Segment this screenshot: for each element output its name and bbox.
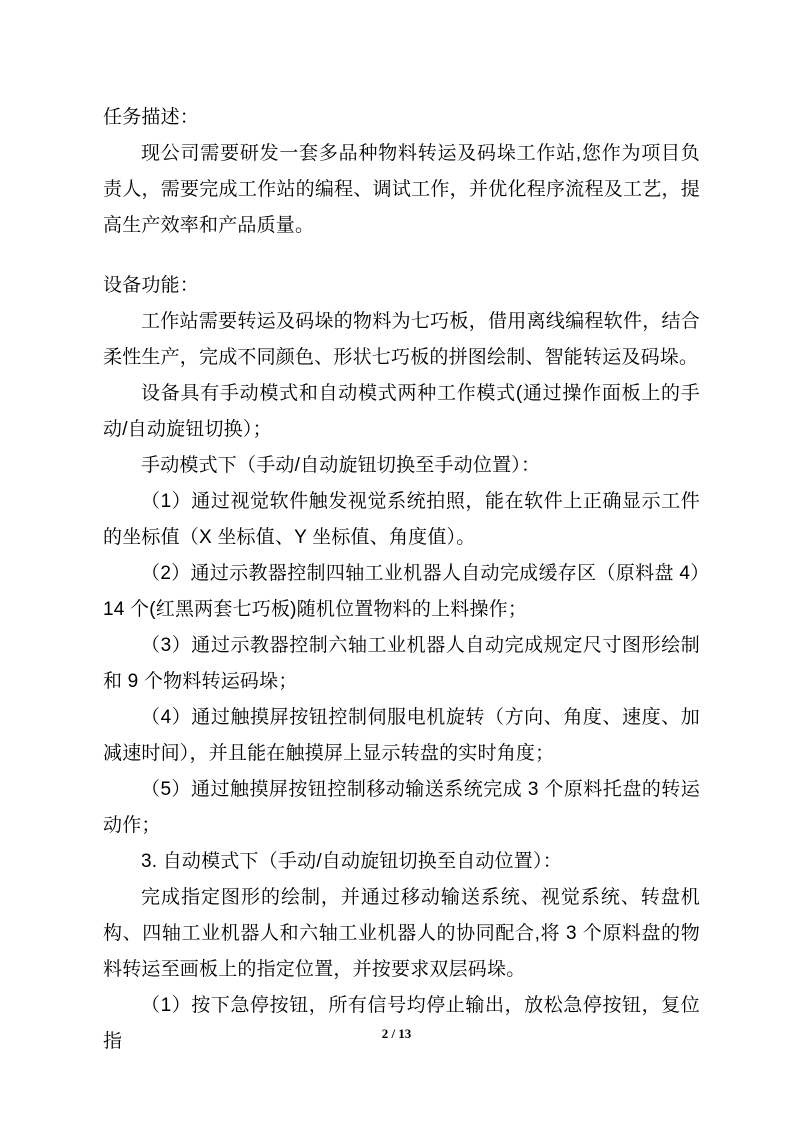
paragraph: 现公司需要研发一套多品种物料转运及码垛工作站,您作为项目负责人，需要完成工作站的… <box>103 136 700 244</box>
paragraph: （1）通过视觉软件触发视觉系统拍照，能在软件上正确显示工件的坐标值（X 坐标值、… <box>103 484 700 556</box>
paragraph: （3）通过示教器控制六轴工业机器人自动完成规定尺寸图形绘制和 9 个物料转运码垛… <box>103 628 700 700</box>
paragraph: 完成指定图形的绘制，并通过移动输送系统、视觉系统、转盘机构、四轴工业机器人和六轴… <box>103 880 700 988</box>
section-heading: 任务描述： <box>103 100 700 136</box>
paragraph: （5）通过触摸屏按钮控制移动输送系统完成 3 个原料托盘的转运动作； <box>103 772 700 844</box>
paragraph: 3. 自动模式下（手动/自动旋钮切换至自动位置）： <box>103 844 700 880</box>
document-content: 任务描述：现公司需要研发一套多品种物料转运及码垛工作站,您作为项目负责人，需要完… <box>103 100 700 1060</box>
section-heading: 设备功能： <box>103 268 700 304</box>
paragraph: 设备具有手动模式和自动模式两种工作模式(通过操作面板上的手动/自动旋钮切换）； <box>103 376 700 448</box>
document-page: 任务描述：现公司需要研发一套多品种物料转运及码垛工作站,您作为项目负责人，需要完… <box>0 0 793 1122</box>
paragraph: 手动模式下（手动/自动旋钮切换至手动位置）： <box>103 448 700 484</box>
paragraph: 工作站需要转运及码垛的物料为七巧板，借用离线编程软件，结合柔性生产，完成不同颜色… <box>103 304 700 376</box>
paragraph: （4）通过触摸屏按钮控制伺服电机旋转（方向、角度、速度、加减速时间），并且能在触… <box>103 700 700 772</box>
paragraph: （1）按下急停按钮，所有信号均停止输出，放松急停按钮，复位指 <box>103 988 700 1060</box>
page-number: 2 / 13 <box>0 1026 793 1042</box>
paragraph: （2）通过示教器控制四轴工业机器人自动完成缓存区（原料盘 4）14 个(红黑两套… <box>103 556 700 628</box>
